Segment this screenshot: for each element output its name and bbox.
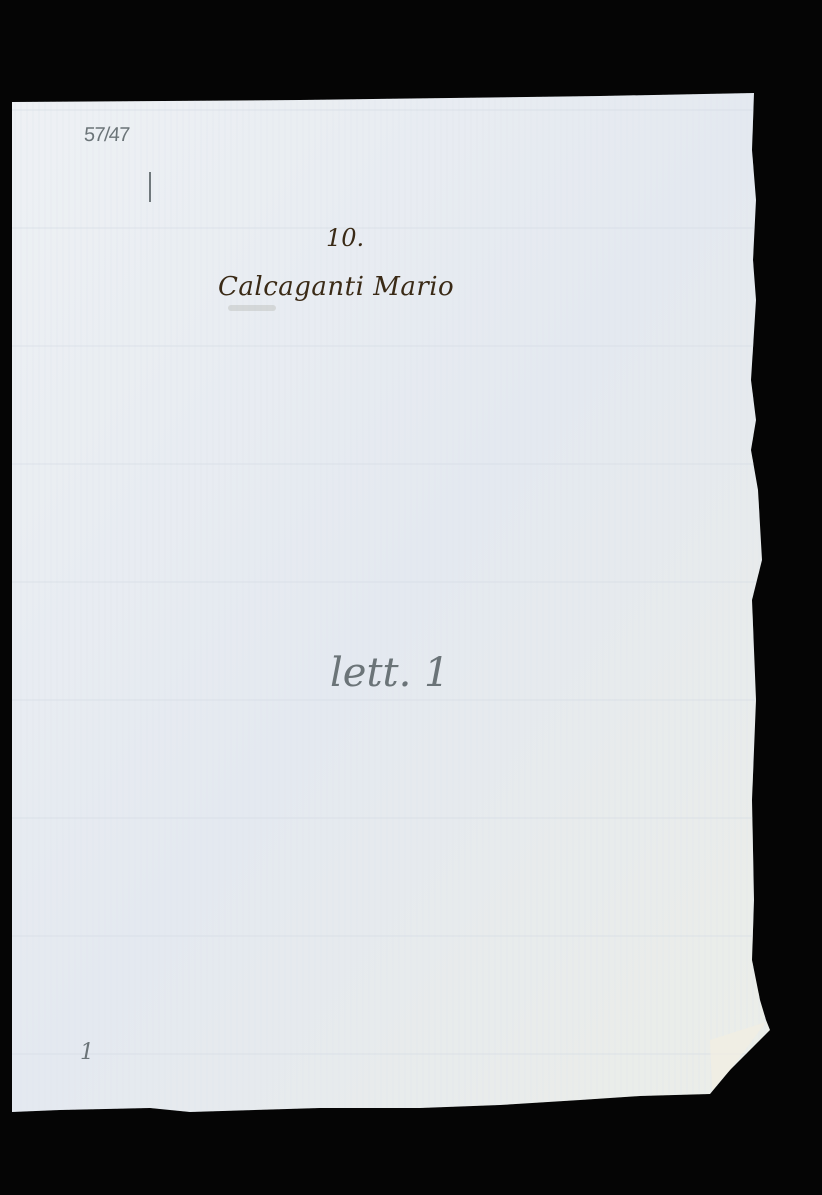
handwritten-name: Calcaganti Mario <box>218 272 454 302</box>
tick-mark <box>149 172 151 202</box>
catalog-number: 57/47 <box>83 124 130 147</box>
letter-label: lett. 1 <box>330 650 450 696</box>
folio-number: 1 <box>80 1040 94 1065</box>
paper-sheet <box>0 0 822 1195</box>
item-number: 10. <box>326 224 364 252</box>
ink-smudge <box>228 305 276 311</box>
scan-background: 57/47 10. Calcaganti Mario lett. 1 1 <box>0 0 822 1195</box>
